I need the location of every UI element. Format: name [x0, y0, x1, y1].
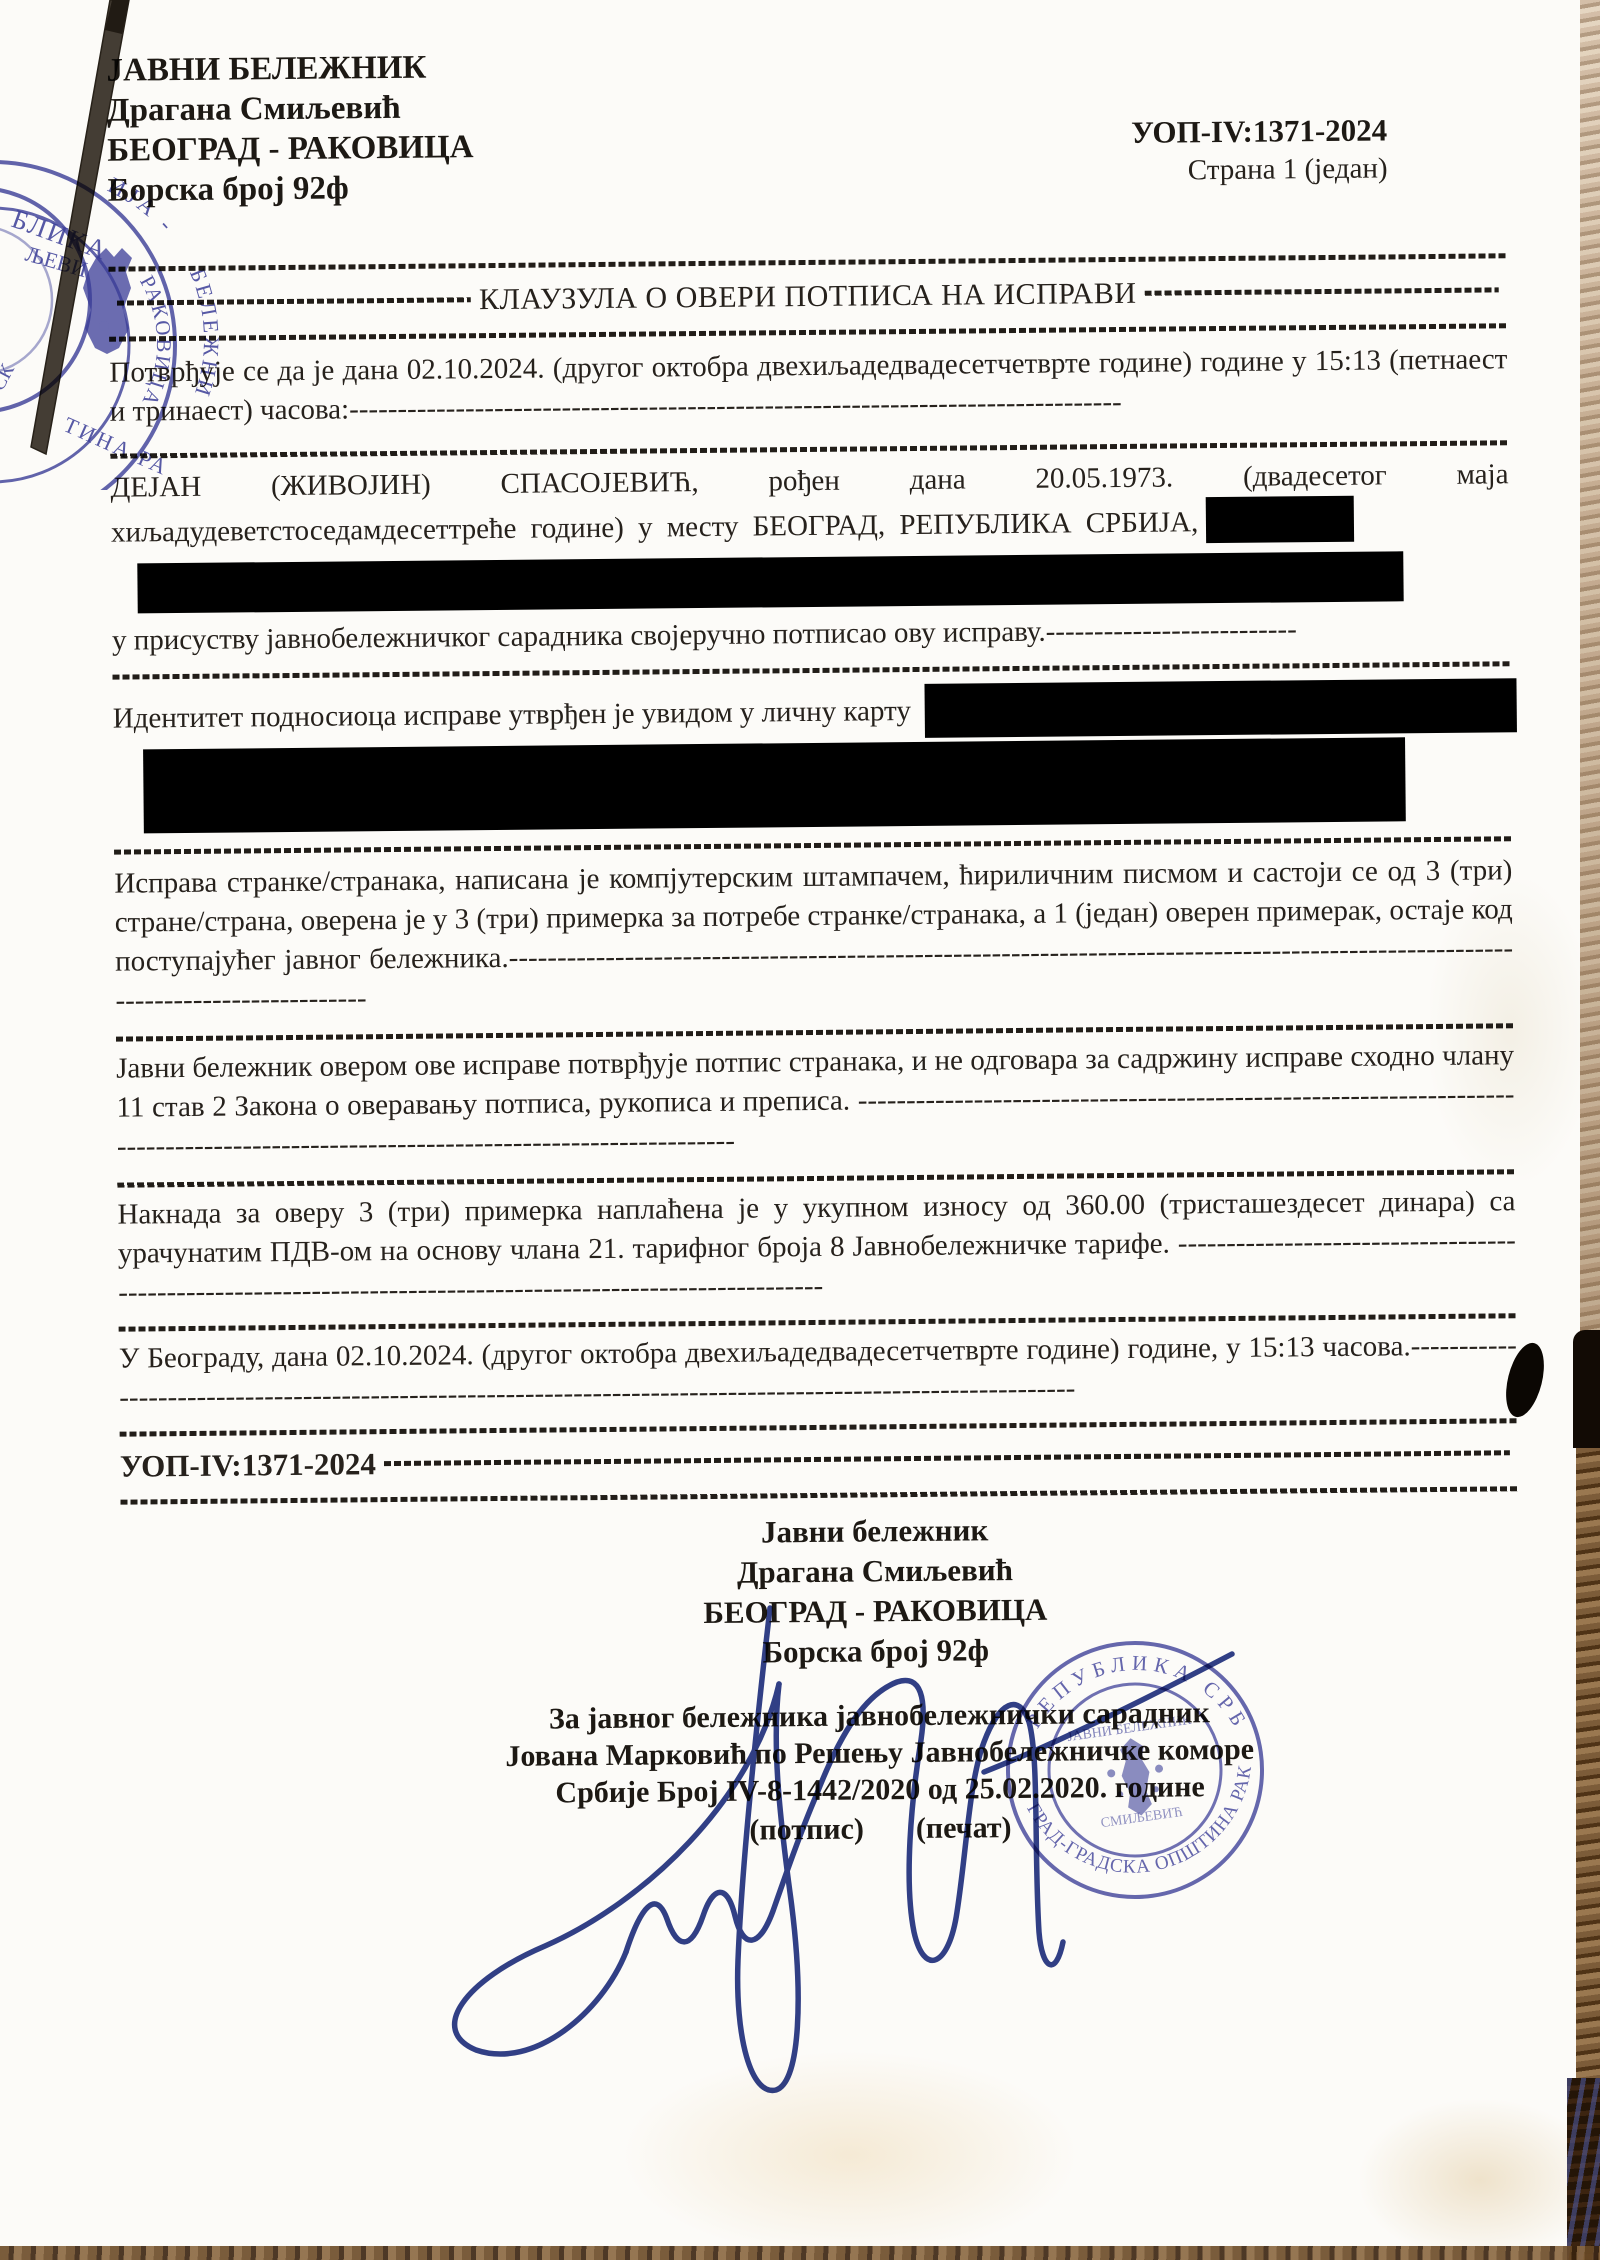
dashed-separator	[120, 1418, 1518, 1436]
case-number-footer-row: УОП-IV:1371-2024	[120, 1433, 1518, 1485]
case-number-footer: УОП-IV:1371-2024	[120, 1444, 376, 1485]
case-reference-block: УОП-IV:1371-2024 Страна 1 (један)	[1131, 110, 1388, 190]
dashed-separator	[108, 253, 1506, 271]
notary-name: Драгана Смиљевић	[107, 87, 474, 131]
dashed-separator	[114, 836, 1512, 854]
document-title-row: КЛАУЗУЛА О ОВЕРИ ПОТПИСА НА ИСПРАВИ	[109, 270, 1507, 322]
paragraph-signer: ДЕЈАН (ЖИВОЈИН) СПАСОЈЕВИЋ, рођен дана 2…	[110, 455, 1510, 660]
notary-certificate-body: ЈАВНИ БЕЛЕЖНИК Драгана Смиљевић БЕОГРАД …	[106, 3, 1522, 1854]
scan-edge-dark-segment	[1573, 1330, 1600, 1448]
paragraph-identity-verification: Идентитет подносиоца исправе утврђен је …	[113, 678, 1511, 745]
paper-stain	[1360, 2100, 1600, 2260]
page-indicator: Страна 1 (један)	[1131, 149, 1387, 190]
paragraph-confirmation: Потврђује се да је дана 02.10.2024. (дру…	[109, 340, 1508, 431]
svg-text:БЕЛЕЖНИ: БЕЛЕЖНИ	[185, 265, 224, 402]
scanned-notary-document-page: ЈАВНИ БЕЛЕЖНИК Драгана Смиљевић БЕОГРАД …	[0, 0, 1600, 2260]
redaction-block	[143, 737, 1406, 833]
paragraph-liability: Јавни бележник овером ове исправе потврђ…	[116, 1036, 1515, 1166]
dashed-separator	[109, 323, 1507, 341]
identity-verification-text: Идентитет подносиоца исправе утврђен је …	[113, 692, 911, 739]
paragraph-copies: Исправа странке/странака, написана је ко…	[114, 851, 1513, 1020]
dash-fill	[1144, 287, 1498, 295]
scan-edge-texture	[1576, 1448, 1600, 2078]
notary-office-title: ЈАВНИ БЕЛЕЖНИК	[106, 47, 473, 91]
handwritten-signature	[380, 1580, 1260, 2140]
scan-bottom-edge	[0, 2246, 1600, 2260]
stamp-ring-fragment: БЕЛЕЖНИ	[185, 265, 224, 402]
paragraph-fee: Накнада за оверу 3 (три) примерка наплаћ…	[117, 1182, 1516, 1312]
pen-shaft	[31, 0, 129, 454]
scan-edge-dark-segment	[1567, 2078, 1600, 2260]
redaction-bar	[1206, 496, 1354, 543]
paragraph-place-date: У Београду, дана 02.10.2024. (другог окт…	[119, 1326, 1518, 1417]
redaction-block	[137, 551, 1403, 613]
dashed-separator	[110, 440, 1508, 458]
case-number: УОП-IV:1371-2024	[1131, 110, 1387, 151]
signer-presence-line: у присуству јавнобележничког сарадника с…	[112, 608, 1510, 660]
scan-edge-texture	[1580, 0, 1600, 1335]
redaction-bar	[925, 678, 1517, 738]
document-title: КЛАУЗУЛА О ОВЕРИ ПОТПИСА НА ИСПРАВИ	[479, 274, 1137, 319]
dashed-separator	[112, 661, 1510, 679]
pen-object	[0, 0, 160, 470]
dash-fill	[384, 1450, 1510, 1466]
signer-identity-text: ДЕЈАН (ЖИВОЈИН) СПАСОЈЕВИЋ, рођен дана 2…	[110, 455, 1509, 553]
document-header: ЈАВНИ БЕЛЕЖНИК Драгана Смиљевић БЕОГРАД …	[106, 37, 1505, 210]
dashed-separator	[120, 1486, 1518, 1504]
